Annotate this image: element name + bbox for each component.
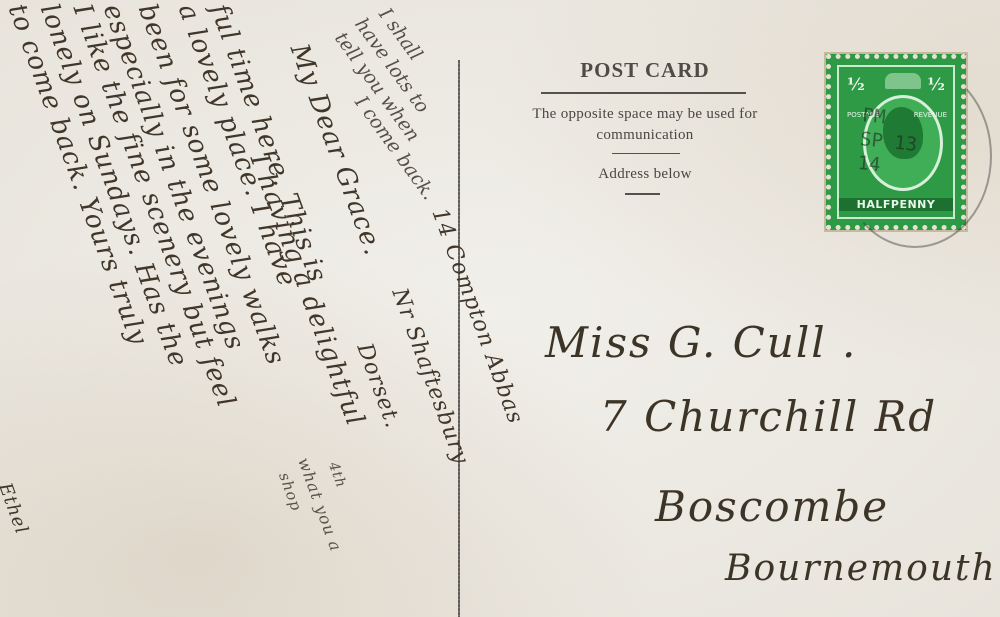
address-line-street: 7 Churchill Rd xyxy=(600,392,937,441)
sender-address-line: Nr Shaftesbury xyxy=(387,285,474,468)
message-signature: Ethel xyxy=(0,480,32,537)
address-label: Address below xyxy=(560,166,730,183)
center-divider-line xyxy=(458,60,460,617)
address-line-town: Boscombe xyxy=(655,482,889,531)
address-rule xyxy=(625,193,660,195)
address-line-name: Miss G. Cull . xyxy=(545,318,857,367)
instruction-rule xyxy=(612,153,680,154)
aside-line: 4th xyxy=(325,460,349,490)
heading-rule xyxy=(541,92,746,94)
postmark-text: PM SP 13 14 xyxy=(856,103,920,181)
postcard-back: POST CARD The opposite space may be used… xyxy=(0,0,1000,617)
printed-instruction: The opposite space may be used for commu… xyxy=(480,104,810,146)
instruction-line-1: The opposite space may be used for xyxy=(480,104,810,125)
postcard-heading: POST CARD xyxy=(520,58,770,83)
instruction-line-2: communication xyxy=(480,125,810,146)
address-line-city: Bournemouth xyxy=(725,548,997,589)
